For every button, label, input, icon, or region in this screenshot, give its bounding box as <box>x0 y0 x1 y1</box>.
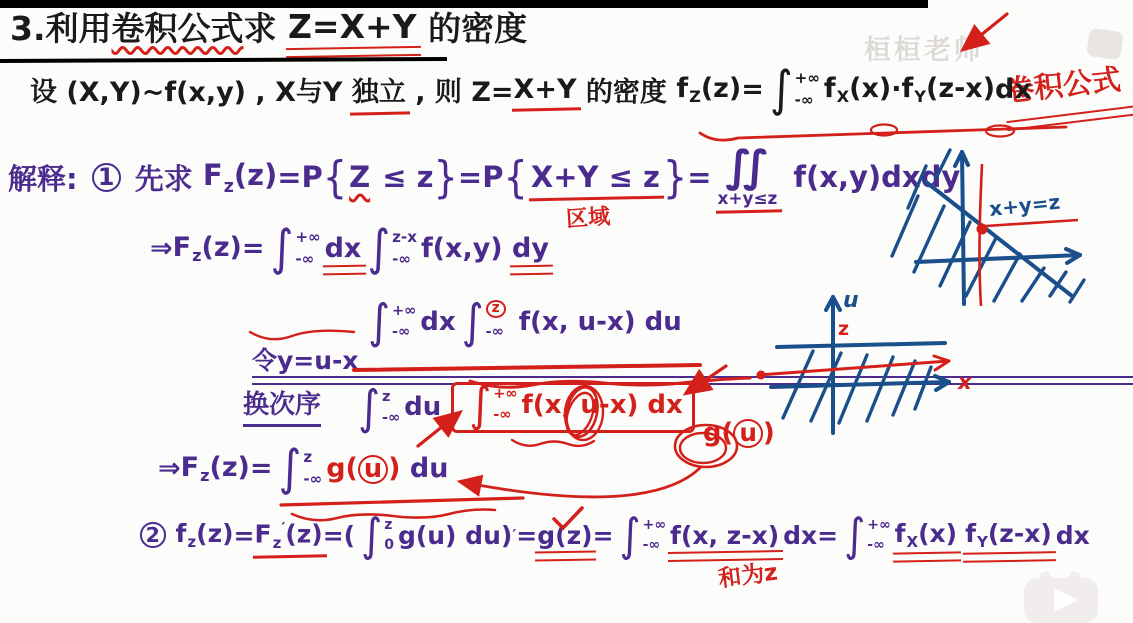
x-axis-label: x <box>957 370 973 394</box>
dx-token: dx <box>995 74 1032 105</box>
equals: = <box>234 521 255 550</box>
le-z: ≤ z <box>372 160 433 194</box>
g-of-z-token: g(z) <box>537 521 592 550</box>
z-level-label: z <box>838 318 849 340</box>
dx-token: dx <box>647 390 682 420</box>
premise-text: , 则 Z= <box>406 70 514 109</box>
premise-formula-line: 设 (X,Y)~f(x,y) , X与Y 独立 , 则 Z=X+Y 的密度 fZ… <box>30 70 1032 109</box>
explain-label: 解释: <box>8 157 88 198</box>
equals: = <box>277 160 301 194</box>
equals: = <box>458 160 482 194</box>
independent-term: 独立 <box>352 70 406 109</box>
equals: = <box>741 74 764 105</box>
strip-diagram: u z x <box>753 283 990 440</box>
title-part: 的密度 <box>417 3 528 50</box>
equals: = <box>323 521 344 550</box>
integral: ∫+∞-∞ <box>469 387 517 423</box>
implies-arrow: ⇒ <box>158 453 181 484</box>
swap-order-label: 换次序 <box>243 384 321 427</box>
equals: = <box>817 521 838 550</box>
step-1-badge: 1 <box>92 163 121 192</box>
equals: = <box>687 160 711 194</box>
Z-var: Z <box>349 160 370 194</box>
Fz-g-integral-line: ⇒Fz(z) =∫z-∞g(u) du <box>158 450 448 487</box>
g-of-u-token: g(u) <box>326 453 400 485</box>
integral: ∫+∞-∞ <box>770 71 820 108</box>
first-find-label: 先求 <box>125 157 203 198</box>
x-axis <box>916 255 1080 262</box>
title-convolution-term: 卷积公式 <box>112 3 244 50</box>
fx-token: fX(x) <box>824 73 891 107</box>
integral: ∫z-∞ <box>279 450 323 487</box>
equals: = <box>516 521 537 550</box>
domain-label: x+y≤z <box>718 190 778 207</box>
integrand: f(x, <box>522 390 581 420</box>
du-token: du <box>400 453 448 484</box>
equals: = <box>250 453 273 484</box>
explanation-line1: 解释: 1 先求 Fz(z) = P{Z ≤ z} = P{X+Y ≤ z} =… <box>8 148 960 207</box>
watermark-logo <box>1086 28 1124 60</box>
region-annotation: 区域 <box>565 200 611 234</box>
play-icon <box>1016 570 1108 623</box>
density-derivation-line: 2 fz(z) = Fz′(z) = (∫z0g(u) du)′ = g(z) … <box>136 518 1090 552</box>
integral: ∫+∞-∞ <box>271 230 321 267</box>
dy-token: dy <box>512 233 549 264</box>
dx-token: dx <box>420 307 455 337</box>
u-var-circled: u <box>580 390 599 420</box>
dx-token: dx <box>325 233 362 264</box>
u-axis-label: u <box>843 288 859 313</box>
Fz-token: Fz(z) <box>181 452 250 486</box>
arrow-start-point <box>757 371 766 380</box>
watermark-text: 桓桓老师 <box>864 28 984 67</box>
substituted-integral-line: ∫+∞-∞dx∫z-∞ f(x, u-x) du <box>362 304 682 340</box>
u-fixed-arrow <box>759 361 949 375</box>
xy-le-z: X+Y ≤ z <box>531 160 660 194</box>
title-part: 求 <box>244 3 289 50</box>
title-line: 3.利用卷积公式求 Z=X+Y 的密度 <box>10 3 527 50</box>
premise-text: 的密度 <box>577 70 677 109</box>
open-brace: { <box>323 152 347 204</box>
z-level-line <box>777 343 945 347</box>
Fz-double-integral-line: ⇒ Fz(z) =∫+∞-∞dx∫z-x-∞f(x,y) dy <box>150 230 549 267</box>
title-part: 3.利用 <box>10 3 112 50</box>
integral: ∫z-x-∞ <box>367 230 417 267</box>
double-integral: ∫∫x+y≤z <box>718 148 778 207</box>
equals: = <box>242 233 265 264</box>
premise-text: 设 (X,Y)~f(x,y) , X与Y <box>30 70 352 109</box>
integral: ∫+∞-∞ <box>620 518 667 552</box>
swapped-integral-line: ∫z-∞du ∫+∞-∞f(x, u-x) dx g(u) <box>352 382 775 433</box>
integrand: f(x,y) <box>421 233 512 264</box>
sum-is-z-annotation: 和为z <box>716 553 779 593</box>
integral: ∫z-∞ <box>462 304 506 340</box>
divider-line <box>0 57 447 63</box>
fz-token: fz(z) <box>176 519 234 551</box>
integral: ∫+∞-∞ <box>844 518 891 552</box>
boxed-inner-integral: ∫+∞-∞f(x, u-x) dx <box>451 382 695 433</box>
paren: ) <box>501 521 512 550</box>
dx-token: dx <box>1056 521 1090 550</box>
dot: · <box>891 74 901 105</box>
du-token: du <box>404 392 441 422</box>
intersection-point <box>977 224 988 235</box>
du-token: du <box>645 307 682 337</box>
Fz-token: Fz(z) <box>173 232 242 266</box>
title-sum-term: Z=X+Y <box>288 7 417 46</box>
label-underline <box>986 220 1078 226</box>
Fz-prime-token: Fz′(z) <box>255 519 323 552</box>
open-brace: { <box>503 152 527 204</box>
integral: ∫+∞-∞ <box>368 304 416 340</box>
integral: ∫z-∞ <box>358 390 400 426</box>
close-brace: } <box>434 152 458 204</box>
implies-arrow: ⇒ <box>150 233 173 264</box>
integral: ∫z0 <box>361 518 394 552</box>
fx-token: fX(x) <box>895 519 957 551</box>
sum-term: X+Y <box>514 74 577 105</box>
paren: ( <box>344 521 355 550</box>
fy-token: fY(z-x) <box>902 73 996 107</box>
Fz-token: Fz(z) <box>203 158 277 196</box>
fy-token: fY(z-x) <box>965 519 1052 551</box>
prob-P: P <box>482 160 503 194</box>
f-x-zminusx: f(x, z-x)和为z <box>670 521 779 550</box>
g-u-du: g(u) du <box>398 521 501 550</box>
prob-P: P <box>302 160 323 194</box>
lecture-note-page: 桓桓老师 3.利用卷积公式求 Z=X+Y 的密度 卷积公式 设 (X,Y)~f(… <box>0 0 1133 623</box>
circled-z-limit: z <box>486 300 506 318</box>
fz-token: fZ(z) <box>676 73 741 107</box>
integrand: -x) <box>599 390 648 420</box>
y-axis <box>962 152 964 304</box>
integrand: f(x, u-x) <box>510 307 645 337</box>
step-2-badge: 2 <box>140 522 166 548</box>
line-equation-label: x+y=z <box>988 190 1061 221</box>
check-mark <box>551 505 585 531</box>
equals: = <box>593 521 614 550</box>
close-brace: } <box>663 152 687 204</box>
dx-token: dx <box>783 521 817 550</box>
